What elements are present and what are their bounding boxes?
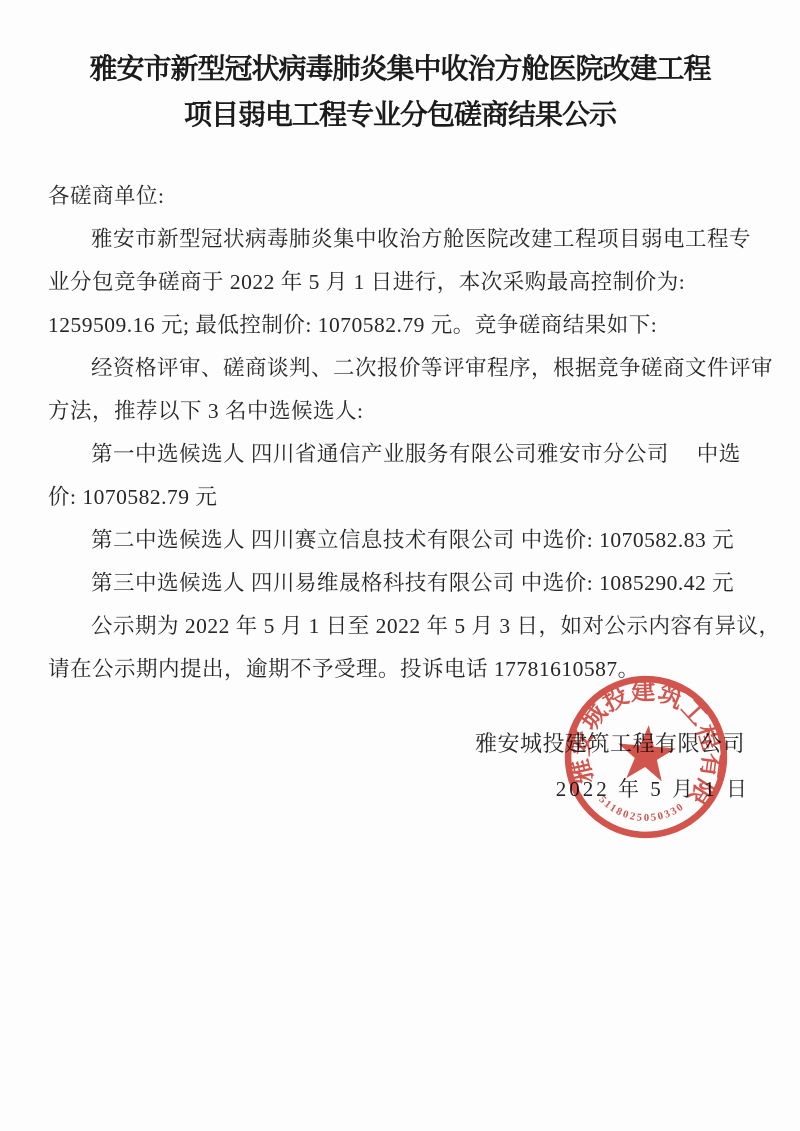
notice-period-line: 公示期为 2022 年 5 月 1 日至 2022 年 5 月 3 日，如对公示… xyxy=(48,605,760,648)
body-line: 方法，推荐以下 3 名中选候选人: xyxy=(48,390,760,433)
document-title-line2: 项目弱电工程专业分包磋商结果公示 xyxy=(30,92,770,138)
company-seal: 雅安城投建筑工程有限公司 5118025050330 xyxy=(557,668,735,846)
body-line: 经资格评审、磋商谈判、二次报价等评审程序，根据竞争磋商文件评审 xyxy=(48,347,760,390)
document-title-line1: 雅安市新型冠状病毒肺炎集中收治方舱医院改建工程 xyxy=(30,46,770,92)
seal-star-icon xyxy=(615,723,677,783)
candidate-2-line: 第二中选候选人 四川赛立信息技术有限公司 中选价: 1070582.83 元 xyxy=(48,519,760,562)
body-line: 业分包竞争磋商于 2022 年 5 月 1 日进行，本次采购最高控制价为: xyxy=(48,261,760,304)
document-body: 各磋商单位: 雅安市新型冠状病毒肺炎集中收治方舱医院改建工程项目弱电工程专 业分… xyxy=(48,175,760,691)
candidate-1-price-line: 价: 1070582.79 元 xyxy=(48,476,760,519)
candidate-3-line: 第三中选候选人 四川易维晟格科技有限公司 中选价: 1085290.42 元 xyxy=(48,562,760,605)
body-line: 1259509.16 元; 最低控制价: 1070582.79 元。竞争磋商结果… xyxy=(48,304,760,347)
document-title: 雅安市新型冠状病毒肺炎集中收治方舱医院改建工程 项目弱电工程专业分包磋商结果公示 xyxy=(30,46,770,138)
candidate-1-line: 第一中选候选人 四川省通信产业服务有限公司雅安市分公司 中选 xyxy=(48,433,760,476)
body-line: 雅安市新型冠状病毒肺炎集中收治方舱医院改建工程项目弱电工程专 xyxy=(48,218,760,261)
salutation-line: 各磋商单位: xyxy=(48,175,760,218)
announcement-document: 雅安市新型冠状病毒肺炎集中收治方舱医院改建工程 项目弱电工程专业分包磋商结果公示… xyxy=(0,0,800,1131)
